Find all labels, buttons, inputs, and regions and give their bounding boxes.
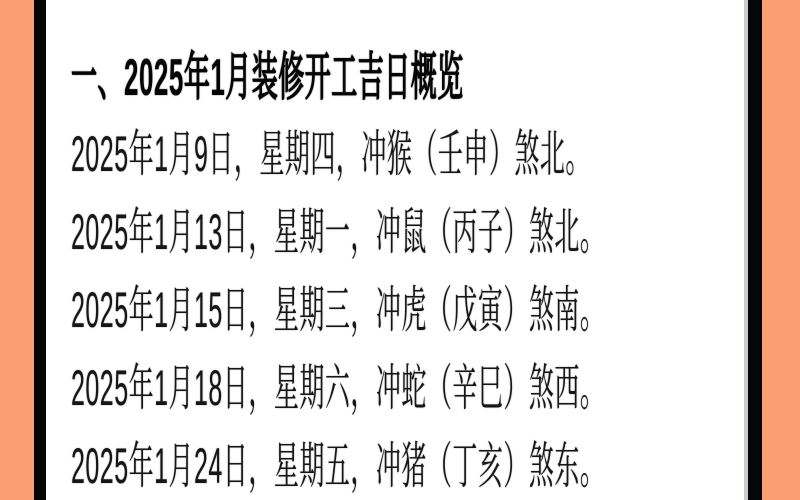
auspicious-day-entry: 2025年1月9日，星期四，冲猴（壬申）煞北。 xyxy=(71,117,743,195)
auspicious-day-entry: 2025年1月18日，星期六，冲蛇（辛巳）煞西。 xyxy=(71,351,743,429)
right-frame-line xyxy=(748,0,762,500)
section-heading: 一、2025年1月装修开工吉日概览 xyxy=(71,39,743,117)
auspicious-day-entry: 2025年1月13日，星期一，冲鼠（丙子）煞北。 xyxy=(71,195,743,273)
auspicious-day-entry: 2025年1月15日，星期三，冲虎（戊寅）煞南。 xyxy=(71,273,743,351)
article-page: 一、2025年1月装修开工吉日概览 2025年1月9日，星期四，冲猴（壬申）煞北… xyxy=(0,0,800,500)
auspicious-day-entry: 2025年1月24日，星期五，冲猪（丁亥）煞东。 xyxy=(71,429,743,500)
left-frame-line xyxy=(34,0,46,500)
left-orange-border xyxy=(0,0,34,500)
article-content: 一、2025年1月装修开工吉日概览 2025年1月9日，星期四，冲猴（壬申）煞北… xyxy=(71,39,743,500)
right-orange-border xyxy=(762,0,800,500)
